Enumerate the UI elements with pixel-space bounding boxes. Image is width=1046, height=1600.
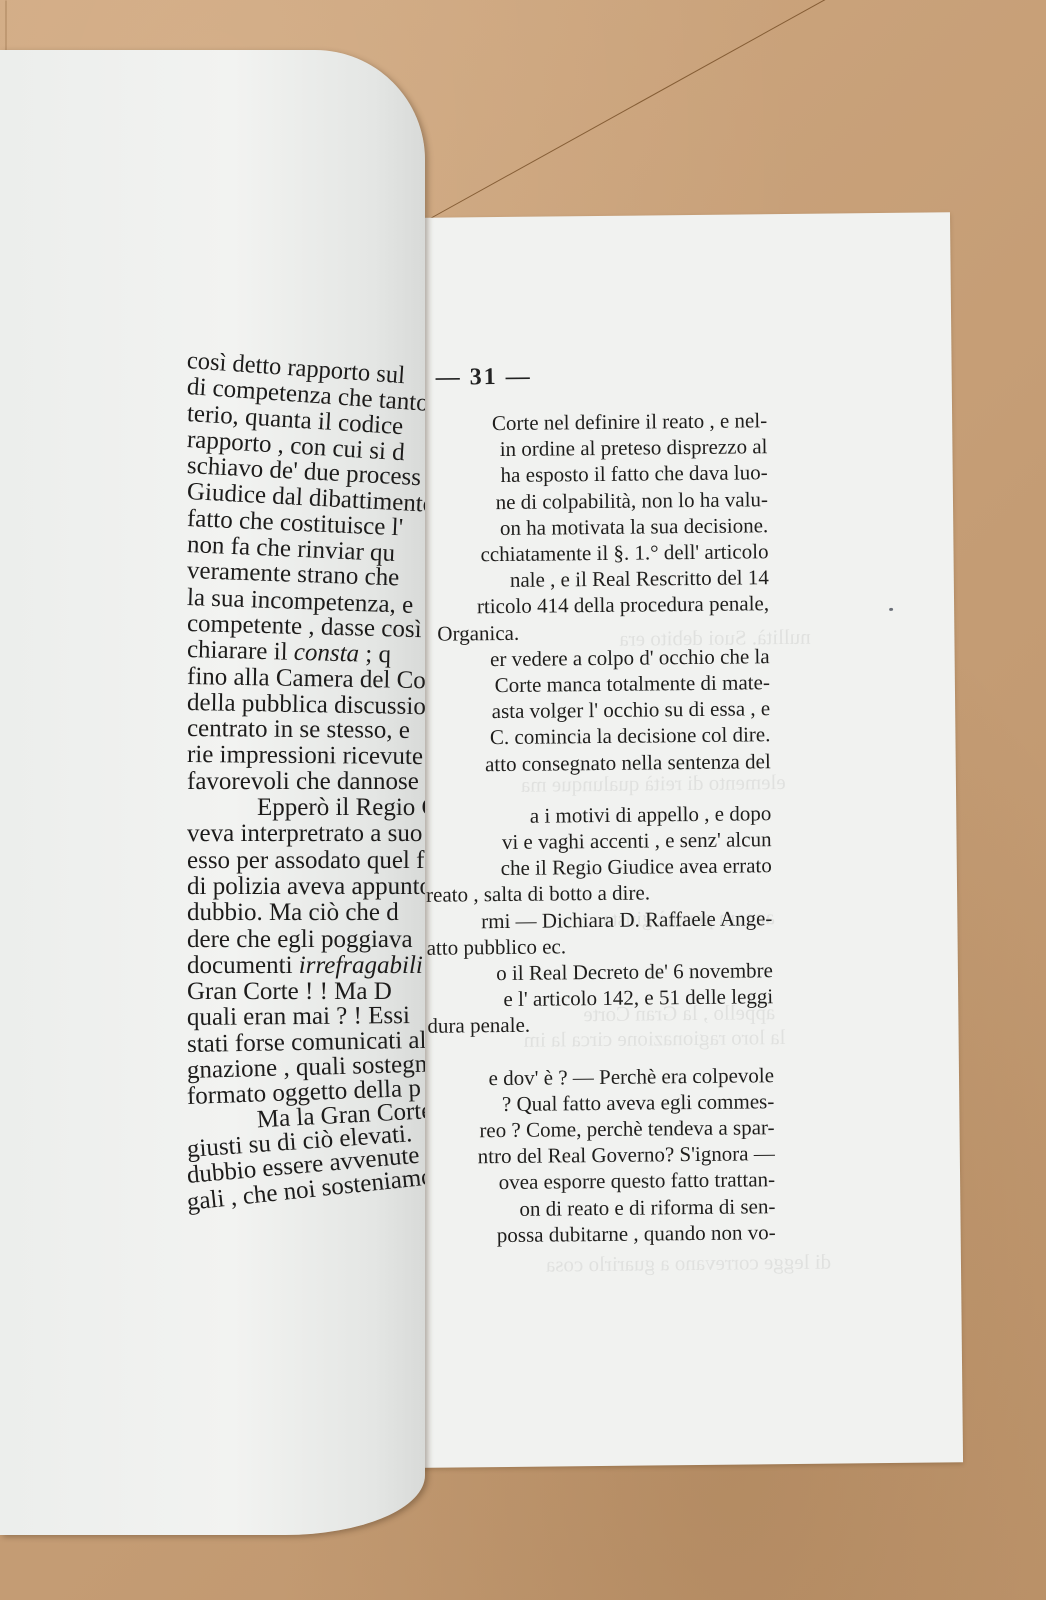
text-line: e dov' è ? — Perchè era colpevole bbox=[428, 1062, 774, 1092]
text-line: Epperò il Regio Gi bbox=[187, 795, 425, 821]
background-scratch bbox=[405, 0, 895, 233]
text-line: Corte nel definire il reato , e nel- bbox=[421, 407, 767, 437]
background-scratch bbox=[6, 1, 7, 51]
right-page-body: Corte nel definire il reato , e nel- in … bbox=[421, 407, 776, 1249]
text-line: ne di colpabilità, non lo ha valu- bbox=[422, 486, 768, 516]
text-line: Corte manca totalmente di mate- bbox=[424, 669, 770, 699]
italic-word: consta bbox=[294, 639, 360, 668]
right-page: nullità. Suoi debito era elemento di rei… bbox=[405, 212, 963, 1468]
italic-word: irrefragabili bbox=[299, 952, 423, 979]
text-line: cchiatamente il §. 1.° dell' articolo bbox=[422, 538, 768, 568]
text-line: favorevoli che dannose p bbox=[187, 769, 425, 795]
text-line: ha esposto il fatto che dava luo- bbox=[422, 460, 768, 490]
text-line: vi e vaghi accenti , e senz' alcun bbox=[425, 826, 771, 856]
text-line: in ordine al preteso disprezzo al bbox=[421, 433, 767, 463]
text-line: er vedere a colpo d' occhio che la bbox=[423, 643, 769, 673]
paper-speck bbox=[889, 608, 893, 611]
text-line: C. comincia la decisione col dire. bbox=[424, 722, 770, 752]
text-line: atto consegnato nella sentenza del bbox=[425, 748, 771, 778]
text-line: Organica. bbox=[423, 617, 769, 647]
text-line: dere che egli poggiava bbox=[187, 927, 425, 953]
text-line: a i motivi di appello , e dopo bbox=[425, 800, 771, 830]
text-line: rie impressioni ricevute bbox=[187, 742, 425, 771]
text-line: reato , salta di botto a dire. bbox=[426, 879, 772, 909]
text-line: dura penale. bbox=[427, 1010, 773, 1040]
right-page-text: nullità. Suoi debito era elemento di rei… bbox=[405, 212, 963, 1468]
blank-line bbox=[428, 1036, 774, 1066]
text-line: on ha motivata la sua decisione. bbox=[422, 512, 768, 542]
text-line: veva interpretrato a suo bbox=[187, 821, 425, 847]
text-line: che il Regio Giudice avea errato bbox=[426, 852, 772, 882]
blank-line bbox=[425, 774, 771, 804]
text-line: nale , e il Real Rescritto del 14 bbox=[423, 564, 769, 594]
text-line: dubbio. Ma ciò che d bbox=[187, 900, 425, 926]
text-line: ? Qual fatto aveva egli commes- bbox=[428, 1088, 774, 1118]
text-fragment: chiarare il bbox=[187, 636, 295, 666]
text-line: ovea esporre questo fatto trattan- bbox=[429, 1167, 775, 1197]
text-line: documenti irrefragabili bbox=[187, 953, 425, 979]
text-line: rticolo 414 della procedura penale, bbox=[423, 591, 769, 621]
text-line: di polizia aveva appunto bbox=[187, 874, 425, 900]
text-line: esso per assodato quel f bbox=[187, 848, 425, 874]
text-line: e l' articolo 142, e 51 delle leggi bbox=[427, 983, 773, 1013]
text-line: rmi — Dichiara D. Raffaele Ange- bbox=[426, 905, 772, 935]
text-line: asta volger l' occhio su di essa , e bbox=[424, 695, 770, 725]
text-line: reo ? Come, perchè tendeva a spar- bbox=[428, 1114, 774, 1144]
text-line: atto pubblico ec. bbox=[427, 931, 773, 961]
text-fragment: documenti bbox=[187, 952, 299, 979]
text-line: on di reato e di riforma di sen- bbox=[429, 1193, 775, 1223]
left-page: così detto rapporto sul di competenza ch… bbox=[0, 50, 425, 1535]
left-page-body: così detto rapporto sul di competenza ch… bbox=[187, 348, 425, 1216]
text-fragment: ; q bbox=[359, 641, 392, 669]
show-through-text: di legge correvano a guarirlo cosa bbox=[546, 1249, 831, 1278]
text-line: o il Real Decreto de' 6 novembre bbox=[427, 957, 773, 987]
text-line: ntro del Real Governo? S'ignora — bbox=[429, 1140, 775, 1170]
text-line: possa dubitarne , quando non vo- bbox=[430, 1219, 776, 1249]
page-number: — 31 — bbox=[436, 364, 532, 391]
